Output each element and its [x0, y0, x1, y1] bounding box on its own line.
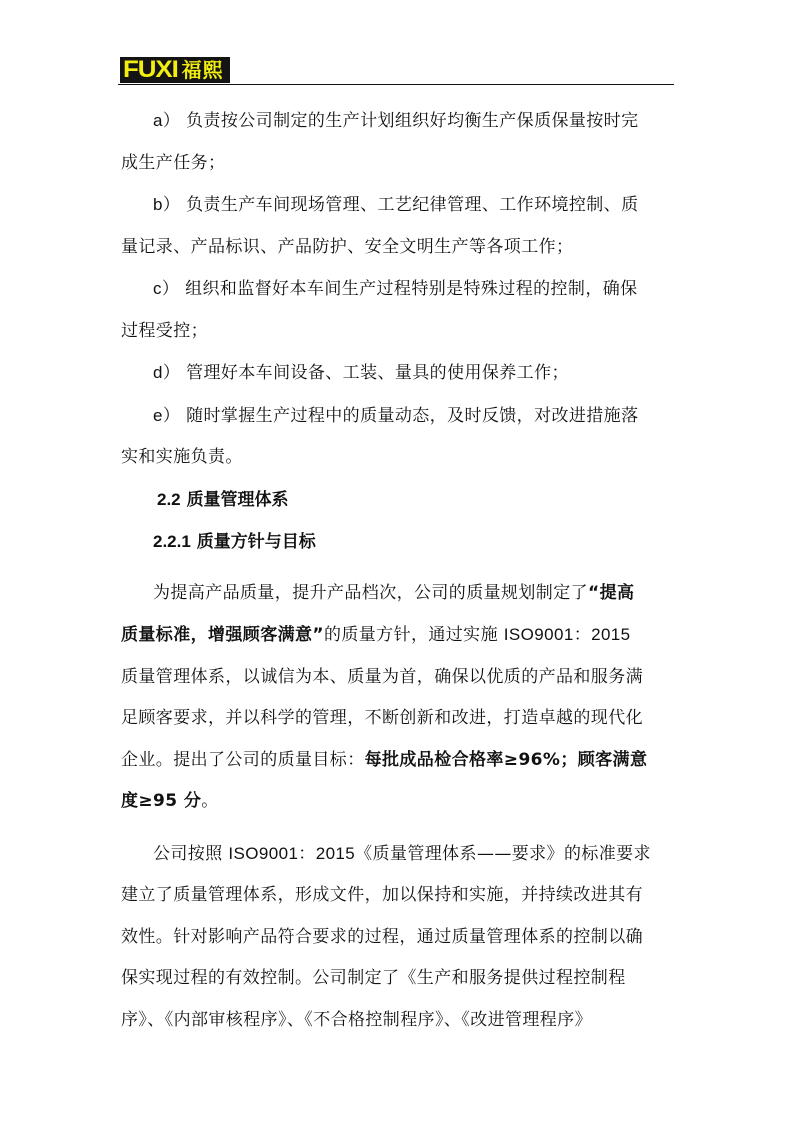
satisfaction-target: 度≥95 分	[121, 791, 201, 811]
subsection-heading: 2.2.1 质量方针与目标	[121, 521, 673, 563]
section-heading: 2.2 质量管理体系	[121, 479, 673, 521]
list-item-d: d） 管理好本车间设备、工装、量具的使用保养工作；	[121, 352, 673, 395]
logo-cjk-text: 福熙	[182, 57, 224, 83]
quality-target: 每批成品检合格率≥96%；顾客满意	[365, 750, 648, 770]
logo-latin-text: FUXI	[123, 57, 178, 83]
page-header: FUXI 福熙	[118, 56, 674, 86]
list-item-e: e） 随时掌握生产过程中的质量动态，及时反馈，对改进措施落	[121, 395, 673, 438]
list-item-c-cont: 过程受控；	[121, 311, 673, 353]
list-item-a: a） 负责按公司制定的生产计划组织好均衡生产保质保量按时完	[121, 100, 673, 143]
list-item-b: b） 负责生产车间现场管理、工艺纪律管理、工作环境控制、质	[121, 184, 673, 227]
list-item-b-cont: 量记录、产品标识、产品防护、安全文明生产等各项工作；	[121, 227, 673, 269]
header-divider	[118, 84, 674, 85]
company-logo: FUXI 福熙	[120, 57, 230, 83]
list-item-a-cont: 成生产任务；	[121, 143, 673, 185]
list-item-c: c） 组织和监督好本车间生产过程特别是特殊过程的控制，确保	[121, 268, 673, 311]
qms-paragraph: 公司按照 ISO9001：2015《质量管理体系——要求》的标准要求 建立了质量…	[121, 833, 673, 1042]
policy-quote: 质量标准，增强顾客满意”	[121, 625, 324, 645]
list-item-e-cont: 实和实施负责。	[121, 437, 673, 479]
policy-quote-start: “提高	[588, 583, 634, 603]
quality-policy-paragraph: 为提高产品质量，提升产品档次，公司的质量规划制定了“提高 质量标准，增强顾客满意…	[121, 573, 673, 823]
document-body: a） 负责按公司制定的生产计划组织好均衡生产保质保量按时完 成生产任务； b） …	[121, 100, 673, 1041]
